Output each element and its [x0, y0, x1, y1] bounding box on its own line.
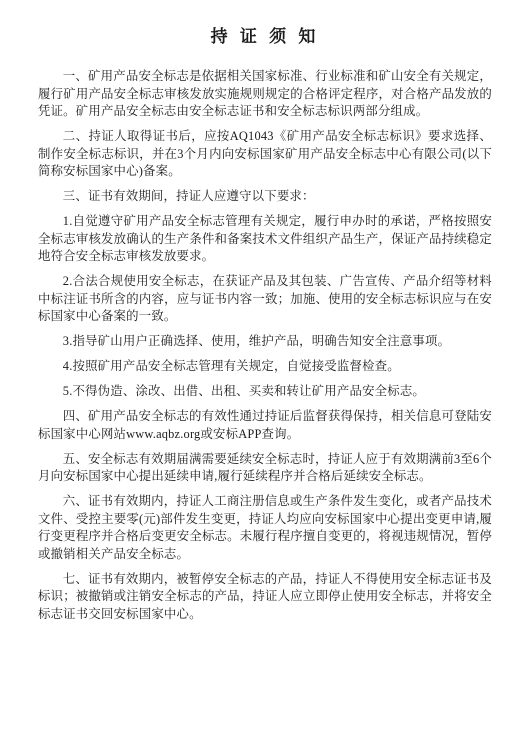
notice-item-1: 1.自觉遵守矿用产品安全标志管理有关规定，履行申办时的承诺，严格按照安全标志审核… [38, 213, 492, 266]
notice-item-5: 5.不得伪造、涂改、出借、出租、买卖和转让矿用产品安全标志。 [38, 383, 492, 401]
page-title: 持 证 须 知 [38, 25, 492, 49]
notice-item-3: 3.指导矿山用户正确选择、使用，维护产品，明确告知安全注意事项。 [38, 333, 492, 351]
notice-paragraph-4: 四、矿用产品安全标志的有效性通过持证后监督获得保持，相关信息可登陆安标国家中心网… [38, 408, 492, 443]
notice-page: 持 证 须 知 一、矿用产品安全标志是依据相关国家标准、行业标准和矿山安全有关规… [0, 0, 530, 747]
notice-paragraph-5: 五、安全标志有效期届满需要延续安全标志时，持证人应于有效期满前3至6个月向安标国… [38, 451, 492, 486]
notice-paragraph-6: 六、证书有效期内，持证人工商注册信息或生产条件发生变化，或者产品技术文件、受控主… [38, 493, 492, 563]
notice-item-2: 2.合法合规使用安全标志，在获证产品及其包装、广告宣传、产品介绍等材料中标注证书… [38, 273, 492, 326]
notice-item-4: 4.按照矿用产品安全标志管理有关规定，自觉接受监督检查。 [38, 358, 492, 376]
notice-body: 一、矿用产品安全标志是依据相关国家标准、行业标准和矿山安全有关规定，履行矿用产品… [38, 68, 492, 623]
notice-paragraph-7: 七、证书有效期内，被暂停安全标志的产品，持证人不得使用安全标志证书及标识；被撤销… [38, 571, 492, 624]
notice-paragraph-1: 一、矿用产品安全标志是依据相关国家标准、行业标准和矿山安全有关规定，履行矿用产品… [38, 68, 492, 121]
notice-paragraph-2: 二、持证人取得证书后，应按AQ1043《矿用产品安全标志标识》要求选择、制作安全… [38, 128, 492, 181]
notice-paragraph-3: 三、证书有效期间，持证人应遵守以下要求： [38, 188, 492, 206]
